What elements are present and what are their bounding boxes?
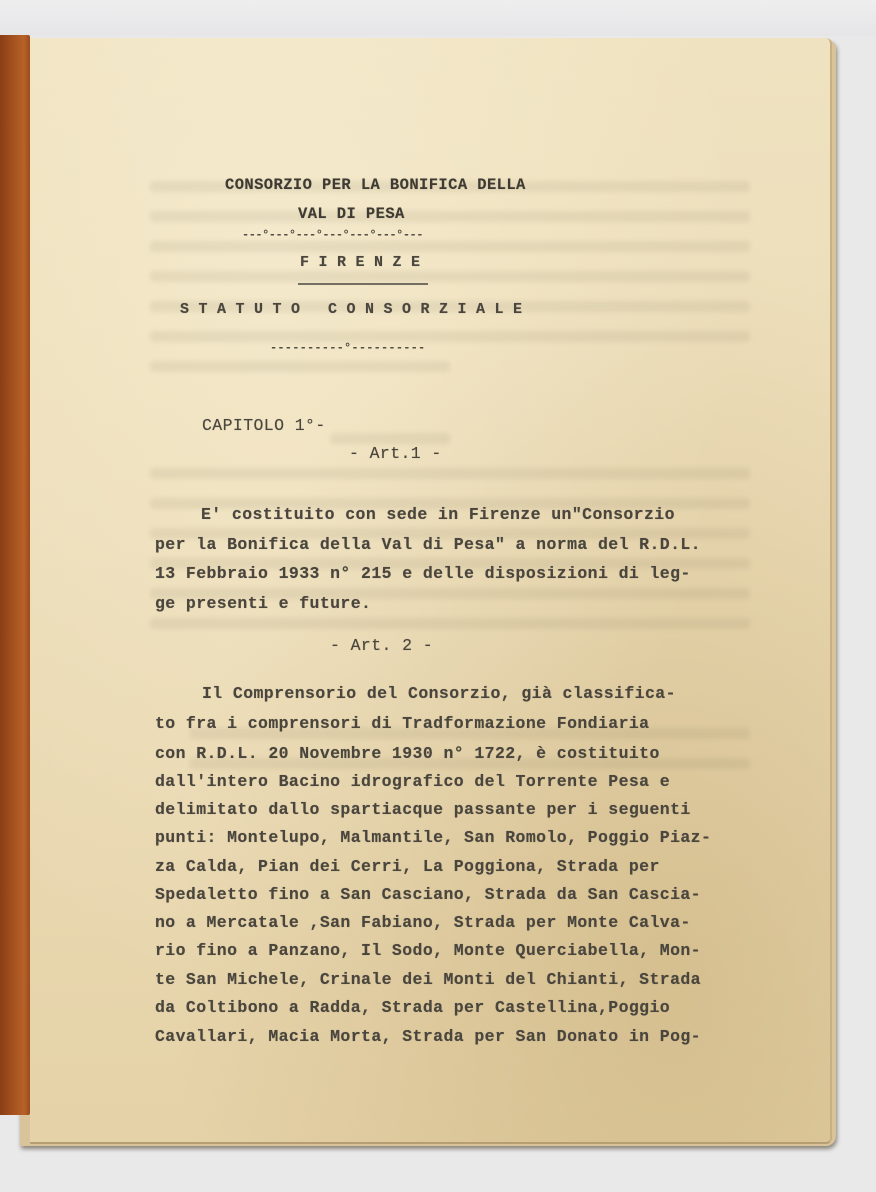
article-2-line: te San Michele, Crinale dei Monti del Ch… [155,970,701,989]
article-2-line: punti: Montelupo, Malmantile, San Romolo… [155,828,711,847]
article-1-line: E' costituito con sede in Firenze un"Con… [201,505,675,524]
article-1-line: per la Bonifica della Val di Pesa" a nor… [155,535,701,554]
article-2-heading: - Art. 2 - [330,636,433,655]
document-subtitle: STATUTO CONSORZIALE [180,301,532,318]
typewritten-text: CONSORZIO PER LA BONIFICA DELLA VAL DI P… [0,0,876,1192]
article-2-line: Cavallari, Macia Morta, Strada per San D… [155,1027,701,1046]
article-2-line: Spedaletto fino a San Casciano, Strada d… [155,885,701,904]
article-2-line: dall'intero Bacino idrografico del Torre… [155,772,670,791]
header-ornament: ---°---°---°---°---°---°--- [242,228,423,242]
subtitle-ornament: ----------°---------- [270,341,425,355]
article-2-line: to fra i comprensori di Tradformazione F… [155,714,649,733]
article-2-line: za Calda, Pian dei Cerri, La Poggiona, S… [155,857,660,876]
header-line-2: VAL DI PESA [298,205,405,223]
city-underline [298,283,428,285]
chapter-heading: CAPITOLO 1°- [202,416,326,435]
article-1-line: ge presenti e future. [155,594,371,613]
article-2-line: da Coltibono a Radda, Strada per Castell… [155,998,670,1017]
article-2-line: delimitato dallo spartiacque passante pe… [155,800,691,819]
article-2-line: no a Mercatale ,San Fabiano, Strada per … [155,913,691,932]
city-title: FIRENZE [300,254,430,271]
article-2-line: con R.D.L. 20 Novembre 1930 n° 1722, è c… [155,744,660,763]
article-2-line: Il Comprensorio del Consorzio, già class… [202,684,676,703]
article-2-line: rio fino a Panzano, Il Sodo, Monte Querc… [155,941,701,960]
article-1-heading: - Art.1 - [349,444,442,463]
article-1-line: 13 Febbraio 1933 n° 215 e delle disposiz… [155,564,691,583]
header-line-1: CONSORZIO PER LA BONIFICA DELLA [225,176,526,194]
